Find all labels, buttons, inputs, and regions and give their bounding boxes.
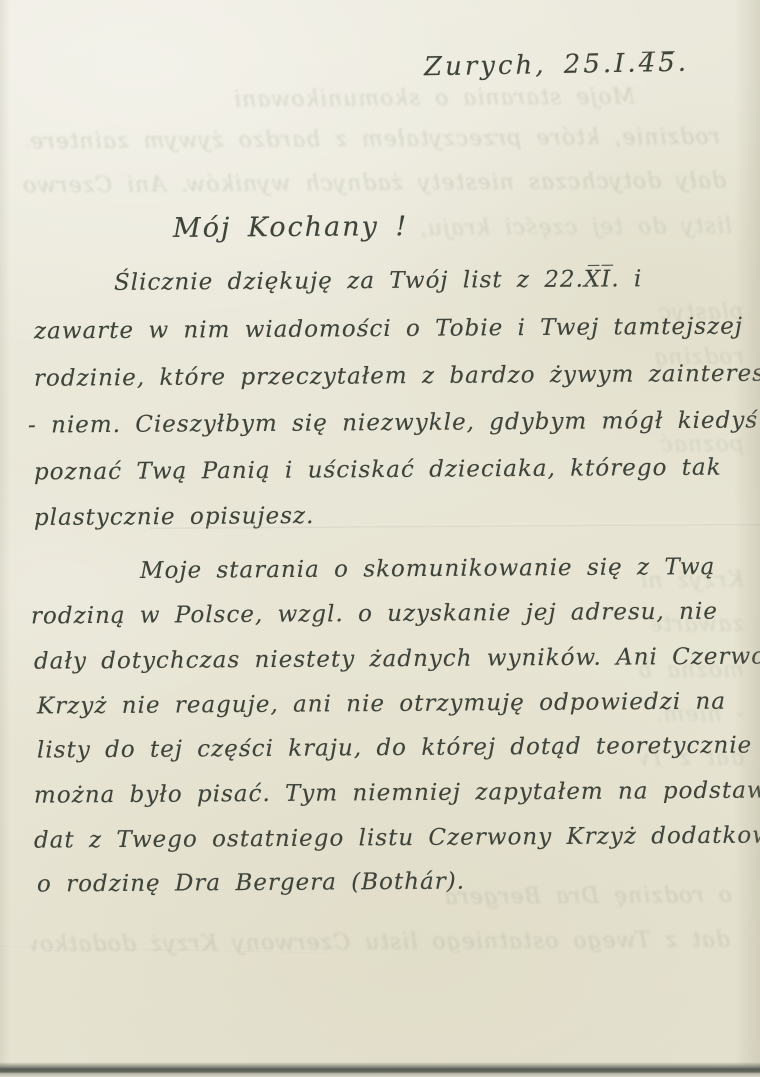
bleed-through-line: o rodzinę Dra Bergera (Bothár).	[428, 883, 732, 915]
letter-page: Moje starania o skomunikowanie się z Twą…	[0, 0, 760, 1077]
bleed-through-line: rodzinie, które przeczytałem z bardzo ży…	[28, 125, 720, 160]
dateline: Zurych, 25.I.4̅5̅.	[424, 48, 689, 83]
paper-edge-shadow	[734, 0, 760, 1077]
paragraph2-line: dały dotychczas niestety żadnych wyników…	[34, 643, 760, 674]
bleed-through-line: listy do tej części kraju, do której dot…	[420, 214, 732, 246]
paragraph2-line: można było pisać. Tym niemniej zapytałem…	[34, 777, 760, 808]
paragraph2-line: dat z Twego ostatniego listu Czerwony Kr…	[34, 822, 760, 853]
paragraph1-line: zawarte w nim wiadomości o Tobie i Twej …	[34, 314, 743, 345]
paragraph2-line: o rodzinę Dra Bergera (Bothár).	[37, 869, 465, 898]
paragraph2-line: listy do tej części kraju, do której dot…	[37, 733, 752, 764]
bleed-through-line: Moje starania o skomunikowanie się z Twą	[235, 85, 635, 118]
paragraph1-line: poznać Twą Panią i uściskać dzieciaka, k…	[34, 455, 722, 486]
paragraph1-line: rodzinie, które przeczytałem z bardzo ży…	[34, 360, 760, 392]
paper-bottom-edge	[0, 1062, 760, 1077]
paragraph2-line: rodziną w Polsce, wzgl. o uzyskanie jej …	[31, 599, 718, 630]
paragraph1-line: Ślicznie dziękuję za Twój list z 22.X̅I̅…	[114, 266, 642, 296]
paper-edge-shadow	[0, 0, 10, 1077]
bleed-through-line: dat z Twego ostatniego listu Czerwony Kr…	[30, 928, 730, 963]
paragraph1-line: - niem. Cieszyłbym się niezwykle, gdybym…	[28, 407, 758, 438]
paragraph2-line: Moje starania o skomunikowanie się z Twą	[140, 554, 716, 584]
paragraph2-line: Krzyż nie reaguje, ani nie otrzymuję odp…	[37, 689, 726, 720]
bleed-through-line: dały dotychczas niestety żadnych wyników…	[22, 169, 726, 204]
salutation: Mój Kochany !	[173, 211, 408, 244]
